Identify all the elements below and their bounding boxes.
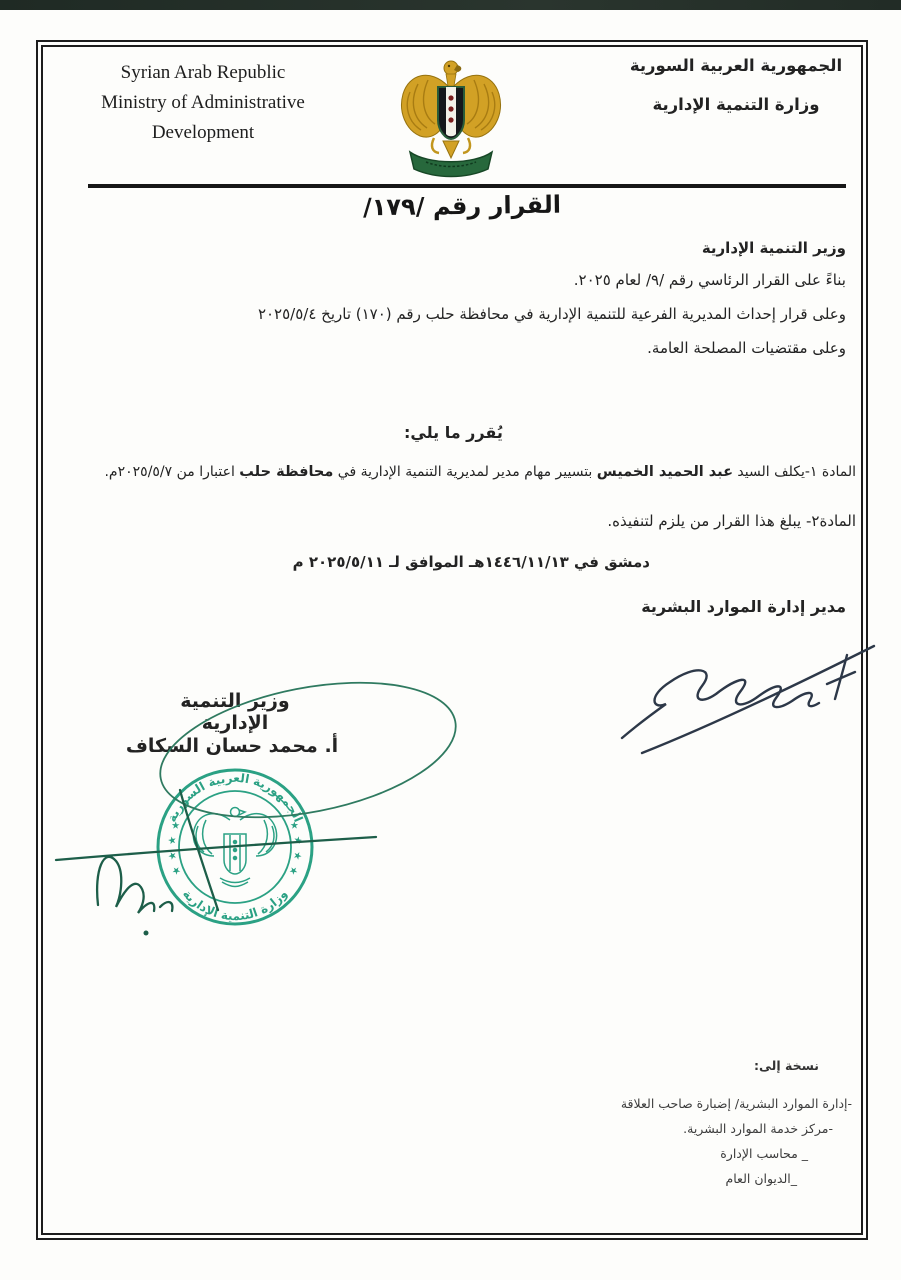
article-2: المادة٢- يبلغ هذا القرار من يلزم لتنفيذه…	[64, 512, 856, 530]
copy-to-heading: نسخة إلى:	[432, 1058, 819, 1073]
stamp-star-icon: ★	[291, 850, 303, 860]
decides-heading: يُقرر ما يلي:	[404, 423, 503, 442]
distribution-item: _ محاسب الإدارة	[432, 1141, 808, 1166]
distribution-item: -إدارة الموارد البشرية/ إضبارة صاحب العل…	[432, 1091, 852, 1116]
stamp-star-icon: ★	[167, 835, 179, 845]
stamp-star-icon: ★	[291, 835, 303, 845]
header-separator-rule	[88, 184, 846, 188]
stamp-eagle-icon	[193, 808, 276, 887]
svg-text:وزارة التنمية الإدارية: وزارة التنمية الإدارية	[180, 887, 291, 923]
preamble-clause: وعلى قرار إحداث المديرية الفرعية للتنمية…	[88, 305, 846, 323]
article-1-text: اعتبارا من ٢٠٢٥/٥/٧م.	[104, 464, 239, 480]
article-1-text: المادة ١-يكلف السيد	[733, 464, 856, 480]
country-name-en: Syrian Arab Republic	[72, 58, 334, 88]
letterhead-arabic: الجمهورية العربية السورية وزارة التنمية …	[612, 56, 860, 114]
decree-number-title: القرار رقم /١٧٩/	[300, 190, 624, 223]
appointee-name: عبد الحميد الخميس	[597, 464, 733, 480]
ministry-name-en-line2: Development	[72, 118, 334, 148]
hr-manager-signature	[608, 622, 888, 762]
ministry-round-stamp: الجمهورية العربية السورية وزارة التنمية …	[150, 762, 320, 932]
country-name-ar: الجمهورية العربية السورية	[612, 56, 860, 75]
scanned-decree-document: { "header": { "en_line1": "Syrian Arab R…	[0, 0, 901, 1280]
issuer-title: وزير التنمية الإدارية	[560, 239, 846, 257]
distribution-list: نسخة إلى: -إدارة الموارد البشرية/ إضبارة…	[432, 1058, 852, 1191]
scan-top-edge-band	[0, 0, 901, 10]
preamble-clause: وعلى مقتضيات المصلحة العامة.	[88, 339, 846, 357]
hr-manager-title: مدير إدارة الموارد البشرية	[560, 597, 846, 616]
minister-title: وزير التنمية الإدارية	[145, 690, 325, 734]
minister-name: أ. محمد حسان السكاف	[122, 735, 342, 757]
article-1-text: بتسيير مهام مدير لمديرية التنمية الإداري…	[333, 464, 596, 480]
governorate-name: محافظة حلب	[239, 464, 333, 480]
issue-date-line: دمشق في ١٤٤٦/١١/١٣هـ الموافق لـ ٢٠٢٥/٥/١…	[320, 553, 650, 571]
ministry-name-en-line1: Ministry of Administrative	[72, 88, 334, 118]
stamp-star-icon: ★	[167, 850, 179, 860]
syrian-eagle-emblem-icon	[396, 54, 506, 178]
distribution-item: -مركز خدمة الموارد البشرية.	[432, 1116, 833, 1141]
ministry-name-ar: وزارة التنمية الإدارية	[612, 95, 860, 114]
preamble-clauses: بناءً على القرار الرئاسي رقم /٩/ لعام ٢٠…	[88, 271, 846, 373]
stamp-bottom-arc-text: وزارة التنمية الإدارية	[180, 887, 291, 923]
distribution-item: _الديوان العام	[432, 1166, 797, 1191]
article-1: المادة ١-يكلف السيد عبد الحميد الخميس بت…	[64, 464, 856, 480]
preamble-clause: بناءً على القرار الرئاسي رقم /٩/ لعام ٢٠…	[88, 271, 846, 289]
letterhead-english: Syrian Arab Republic Ministry of Adminis…	[72, 58, 334, 148]
